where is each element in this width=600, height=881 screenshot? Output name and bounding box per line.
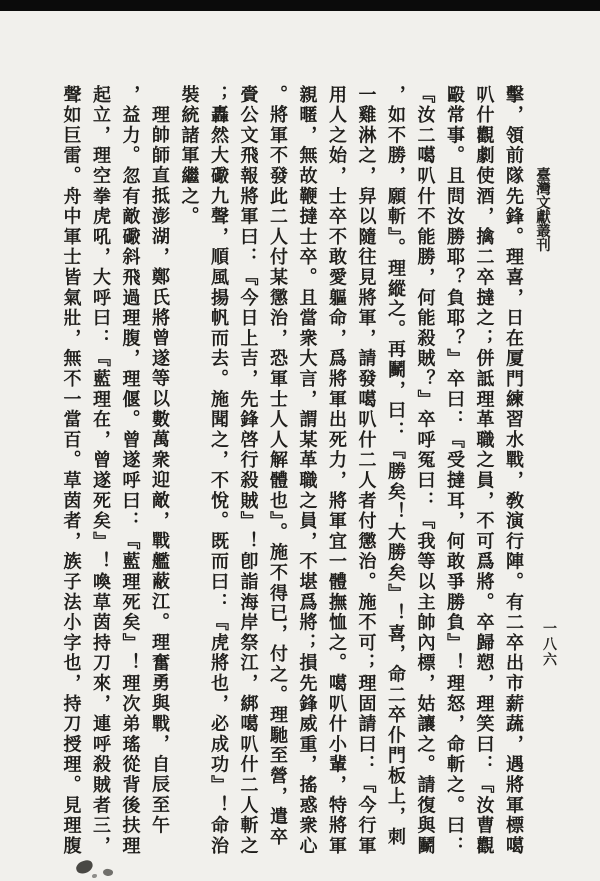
text-column: 一雞淋之，舁以隨往見將軍，請發噶叭什二人者付懲治。施不可；理固請曰：『今行軍 bbox=[351, 85, 381, 857]
page-number: 一八六 bbox=[539, 621, 559, 668]
text-column: 叭什觀劇使酒，擒二卒撻之；併詆理革職之員，不可爲將。卒歸愬，理笑曰：『汝曹觀 bbox=[469, 85, 499, 857]
text-column: 毆常事。且問汝勝耶？負耶？』卒曰：『受撻耳，何敢爭勝負』！理怒，命斬之。曰： bbox=[440, 85, 470, 857]
ink-smudge bbox=[102, 868, 113, 877]
text-column: 。將軍不發此二人付某懲治，恐軍士人人解體也』。施不得已，付之。理馳至營，遣卒 bbox=[263, 85, 293, 857]
text-column: 賫公文飛報將軍曰：『今日上吉，先鋒啓行殺賊』！卽詣海岸祭江，綁噶叭什二人斬之 bbox=[233, 85, 263, 857]
ink-smudge bbox=[75, 859, 95, 876]
text-column: 聲如巨雷。舟中軍士皆氣壯，無不一當百。草茵者，族子法小字也，持刀授理。見理腹 bbox=[56, 85, 86, 857]
text-column: 用人之始，士卒不敢愛軀命，爲將軍出死力，將軍宜一體撫恤之。噶叭什小輩，特將軍 bbox=[322, 85, 352, 857]
text-column: ，益力。忽有敵礮斜飛過理腹，理偃。曾遂呼曰：『藍理死矣』！理次弟瑤從背後扶理 bbox=[115, 85, 145, 857]
ink-smudge bbox=[92, 874, 97, 878]
text-column: 親暱，無故鞭撻士卒。且當衆大言，謂某革職之員，不堪爲將；損先鋒威重，搖惑衆心 bbox=[292, 85, 322, 857]
text-column: 裝統諸軍繼之。 bbox=[174, 85, 204, 857]
text-column: ；轟然大礮九聲，順風揚帆而去。施聞之，不悅。既而曰：『虎將也，必成功』！命治 bbox=[204, 85, 234, 857]
text-column: 起立，理空拳虎吼，大呼曰：『藍理在，曾遂死矣』！喚草茵持刀來，連呼殺賊者三， bbox=[86, 85, 116, 857]
text-column: 『汝二噶叭什不能勝，何能殺賊？』卒呼冤曰：『我等以主帥內標，姑讓之。請復與鬭 bbox=[410, 85, 440, 857]
scanned-page: 臺灣文獻叢刊 一八六 擊，領前隊先鋒。理喜，日在厦門練習水戰，敎演行陣。有二卒出… bbox=[0, 0, 600, 881]
text-column: 理帥師直抵澎湖，鄭氏將曾遂等以數萬衆迎敵，戰艦蔽江。理奮勇與戰，自辰至午 bbox=[145, 85, 175, 857]
text-block: 擊，領前隊先鋒。理喜，日在厦門練習水戰，敎演行陣。有二卒出市薪蔬，遇將軍標噶叭什… bbox=[56, 85, 528, 857]
text-column: 擊，領前隊先鋒。理喜，日在厦門練習水戰，敎演行陣。有二卒出市薪蔬，遇將軍標噶 bbox=[499, 85, 529, 857]
text-column: ，如不勝，願斬』。理縱之。再鬭，曰：『勝矣！大勝矣』！喜，命二卒仆門板上，刺 bbox=[381, 85, 411, 857]
scan-edge-bar bbox=[0, 0, 600, 11]
series-title: 臺灣文獻叢刊 bbox=[532, 167, 553, 251]
